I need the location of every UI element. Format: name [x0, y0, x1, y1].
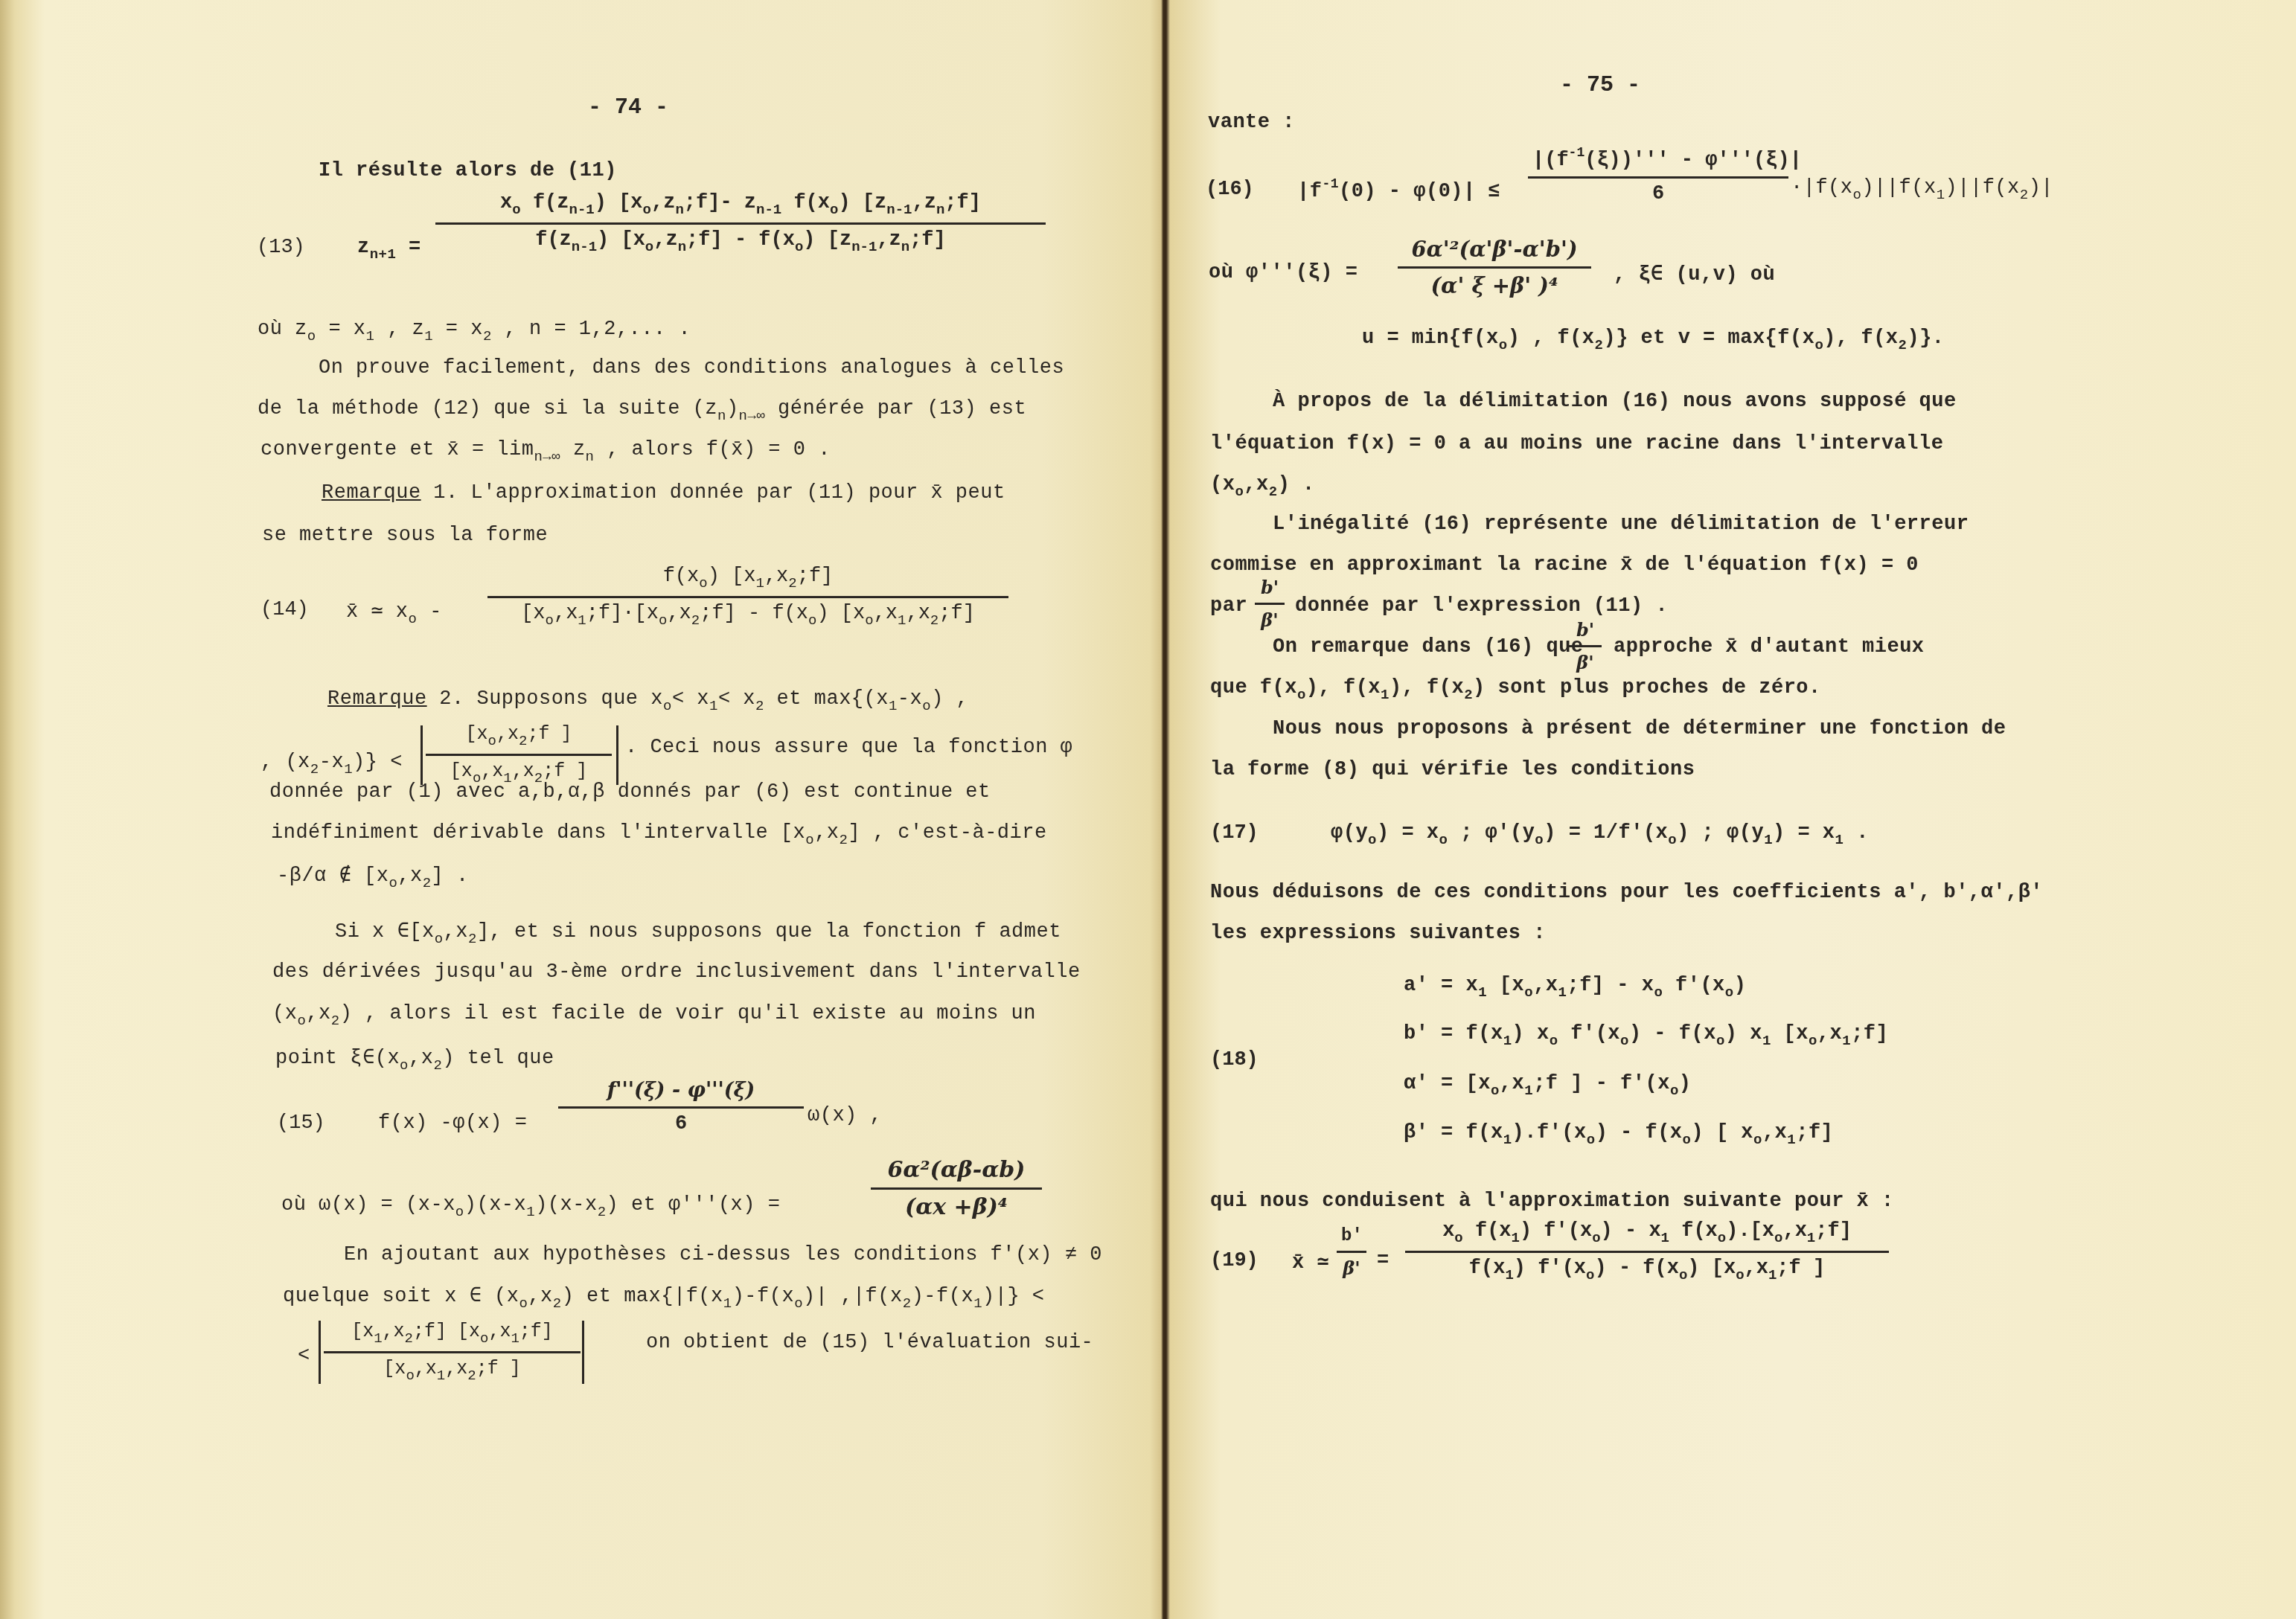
- equation-number: (15): [277, 1112, 325, 1135]
- equation-15-fraction: f'''(ξ) - φ'''(ξ) 6: [558, 1079, 804, 1135]
- equation-number: (18): [1210, 1049, 1259, 1071]
- equation-lhs: x̄ ≃: [1292, 1250, 1329, 1275]
- phi-prime-fraction: 6α'²(α'β'-α'b') (α' ξ +β' )⁴: [1398, 237, 1591, 298]
- equation-number: (13): [257, 237, 305, 259]
- paragraph-line: u = min{f(xo) , f(x2)} et v = max{f(xo),…: [1362, 327, 1945, 353]
- remark-label: Remarque: [322, 482, 421, 504]
- paragraph-line: (xo,x2) , alors il est facile de voir qu…: [272, 1003, 1036, 1029]
- paragraph-line: où ω(x) = (x-xo)(x-x1)(x-x2) et φ'''(x) …: [281, 1194, 780, 1220]
- paragraph-line: convergente et x̄ = limn→∞ zn , alors f(…: [260, 439, 831, 465]
- remark-label: Remarque: [327, 688, 427, 711]
- equation-18-a: a' = x1 [xo,x1;f] - xo f'(xo): [1404, 975, 1746, 1001]
- fraction-denominator: 6: [558, 1109, 804, 1135]
- paragraph-line: qui nous conduisent à l'approximation su…: [1210, 1190, 1894, 1213]
- fraction-numerator: f(xo) [x1,x2;f]: [487, 565, 1008, 598]
- equation-19-fraction: xo f(x1) f'(xo) - x1 f(xo).[xo,x1;f] f(x…: [1405, 1220, 1889, 1283]
- paragraph-line: où zo = x1 , z1 = x2 , n = 1,2,... .: [258, 318, 691, 344]
- equals-sign: =: [1377, 1250, 1390, 1272]
- fraction-numerator: [x1,x2;f] [xo,x1;f]: [324, 1321, 581, 1353]
- fraction-numerator: b': [1569, 619, 1602, 647]
- remark-text: 2. Supposons que xo< x1< x2 et max{(x1-x…: [439, 688, 968, 711]
- ratio-fraction: [x1,x2;f] [xo,x1;f] [xo,x1,x2;f ]: [324, 1321, 581, 1384]
- paragraph-line: En ajoutant aux hypothèses ci-dessus les…: [344, 1244, 1102, 1266]
- fraction-denominator: (α' ξ +β' )⁴: [1398, 269, 1591, 298]
- fraction-numerator: b': [1255, 577, 1285, 605]
- b-over-beta-fraction: b' β': [1255, 577, 1285, 631]
- paragraph-line: À propos de la délimitation (16) nous av…: [1273, 391, 1957, 413]
- less-than: <: [298, 1345, 310, 1368]
- paragraph-line: -β/α ∉ [xo,x2] .: [277, 863, 469, 891]
- right-page: - 75 - vante : (16) |f-1(0) - φ(0)| ≤ |(…: [1167, 0, 2296, 1619]
- paragraph-line: l'équation f(x) = 0 a au moins une racin…: [1210, 433, 1943, 455]
- equation-14-fraction: f(xo) [x1,x2;f] [xo,x1;f]·[xo,x2;f] - f(…: [487, 565, 1008, 629]
- b-over-beta-fraction: b' β': [1337, 1226, 1366, 1279]
- paragraph-line: où φ'''(ξ) =: [1209, 262, 1358, 284]
- equation-lhs: zn+1 =: [357, 237, 421, 263]
- paragraph-line: vante :: [1208, 112, 1295, 134]
- paragraph-line: que f(xo), f(x1), f(x2) sont plus proche…: [1210, 677, 1821, 703]
- abs-bar: [616, 725, 618, 785]
- fraction-denominator: [xo,x1,x2;f ]: [324, 1353, 581, 1384]
- remark-line: Remarque 1. L'approximation donnée par (…: [322, 482, 1005, 504]
- paragraph-line: On prouve facilement, dans des condition…: [319, 357, 1064, 379]
- equation-lhs: x̄ ≃ xo -: [346, 599, 442, 627]
- paragraph-line: On remarque dans (16) que: [1273, 636, 1584, 658]
- fraction-denominator: [xo,x1;f]·[xo,x2;f] - f(xo) [xo,x1,x2;f]: [487, 598, 1008, 629]
- paragraph-line: (xo,x2) .: [1210, 474, 1315, 500]
- equation-number: (16): [1206, 179, 1254, 201]
- fraction-denominator: 6: [1528, 179, 1788, 205]
- equation-17: φ(yo) = xo ; φ'(yo) = 1/f'(xo) ; φ(y1) =…: [1331, 822, 1869, 848]
- paragraph-line: de la méthode (12) que si la suite (zn)n…: [258, 398, 1026, 424]
- equation-number: (14): [260, 599, 309, 621]
- equation-rhs: ·|f(xo)||f(x1)||f(x2)|: [1791, 177, 2053, 203]
- paragraph-line: quelque soit x ∈ (xo,x2) et max{|f(x1)-f…: [283, 1283, 1045, 1312]
- equation-rhs: ω(x) ,: [808, 1105, 882, 1127]
- paragraph-line: donnée par l'expression (11) .: [1295, 595, 1668, 618]
- paragraph-line: par: [1210, 595, 1247, 618]
- remark-line: Remarque 2. Supposons que xo< x1< x2 et …: [327, 688, 968, 714]
- equation-lhs: |f-1(0) - φ(0)| ≤: [1297, 177, 1500, 203]
- fraction-denominator: β': [1569, 647, 1602, 673]
- paragraph-line: , (x2-x1)} <: [260, 751, 403, 778]
- paragraph-line: . Ceci nous assure que la fonction φ: [625, 737, 1072, 759]
- abs-bar: [319, 1321, 321, 1384]
- fraction-denominator: f(zn-1) [xo,zn;f] - f(xo) [zn-1,zn;f]: [435, 225, 1046, 255]
- paragraph-line: L'inégalité (16) représente une délimita…: [1273, 513, 1969, 536]
- fraction-numerator: 6α'²(α'β'-α'b'): [1398, 237, 1591, 269]
- fraction-numerator: 6α²(αβ-αb): [871, 1157, 1042, 1190]
- fraction-denominator: β': [1255, 605, 1285, 631]
- fraction-numerator: b': [1337, 1226, 1366, 1253]
- equation-16-fraction: |(f-1(ξ))''' - φ'''(ξ)| 6: [1528, 146, 1788, 205]
- paragraph-line: Nous déduisons de ces conditions pour le…: [1210, 882, 2043, 904]
- paragraph-line: approche x̄ d'autant mieux: [1614, 636, 1925, 658]
- paragraph-line: les expressions suivantes :: [1210, 923, 1546, 945]
- paragraph-line: on obtient de (15) l'évaluation sui-: [646, 1332, 1093, 1354]
- paragraph-line: indéfiniment dérivable dans l'intervalle…: [271, 822, 1047, 848]
- equation-number: (17): [1210, 822, 1259, 844]
- ratio-fraction: [xo,x2;f ] [xo,x1,x2;f ]: [426, 723, 612, 786]
- paragraph-line: Il résulte alors de (11): [319, 160, 617, 182]
- paragraph-line: des dérivées jusqu'au 3-ème ordre inclus…: [272, 961, 1081, 984]
- equation-18-c: α' = [xo,x1;f ] - f'(xo): [1404, 1073, 1691, 1099]
- paragraph-line: Si x ∈[xo,x2], et si nous supposons que …: [335, 919, 1061, 947]
- fraction-denominator: (αx +β)⁴: [871, 1190, 1042, 1220]
- paragraph-line: , ξ∈ (u,v) où: [1614, 262, 1775, 286]
- fraction-numerator: |(f-1(ξ))''' - φ'''(ξ)|: [1528, 146, 1788, 179]
- book-spread: - 74 - Il résulte alors de (11) (13) zn+…: [0, 0, 2296, 1619]
- remark-text: 1. L'approximation donnée par (11) pour …: [433, 482, 1005, 504]
- fraction-numerator: f'''(ξ) - φ'''(ξ): [558, 1079, 804, 1109]
- paragraph-line: point ξ∈(xo,x2) tel que: [275, 1045, 554, 1074]
- b-over-beta-fraction: b' β': [1569, 619, 1602, 673]
- fraction-denominator: f(x1) f'(xo) - f(xo) [xo,x1;f ]: [1405, 1253, 1889, 1283]
- abs-bar: [582, 1321, 584, 1384]
- equation-lhs: f(x) -φ(x) =: [378, 1112, 527, 1135]
- abs-bar: [420, 725, 423, 785]
- page-number: - 74 -: [588, 95, 668, 121]
- fraction-numerator: xo f(zn-1) [xo,zn;f]- zn-1 f(xo) [zn-1,z…: [435, 192, 1046, 225]
- equation-number: (19): [1210, 1250, 1259, 1272]
- fraction-numerator: xo f(x1) f'(xo) - x1 f(xo).[xo,x1;f]: [1405, 1220, 1889, 1253]
- left-page: - 74 - Il résulte alors de (11) (13) zn+…: [0, 0, 1163, 1619]
- equation-18-b: b' = f(x1) xo f'(xo) - f(xo) x1 [xo,x1;f…: [1404, 1023, 1888, 1049]
- paragraph-line: se mettre sous la forme: [262, 525, 548, 547]
- page-number: - 75 -: [1560, 73, 1640, 98]
- paragraph-line: donnée par (1) avec a,b,α,β donnés par (…: [269, 781, 991, 804]
- paragraph-line: Nous nous proposons à présent de détermi…: [1273, 718, 2006, 740]
- paragraph-line: commise en approximant la racine x̄ de l…: [1210, 554, 1919, 577]
- fraction-denominator: β': [1337, 1253, 1366, 1279]
- equation-13-fraction: xo f(zn-1) [xo,zn;f]- zn-1 f(xo) [zn-1,z…: [435, 192, 1046, 255]
- phi-triple-prime-fraction: 6α²(αβ-αb) (αx +β)⁴: [871, 1157, 1042, 1220]
- paragraph-line: la forme (8) qui vérifie les conditions: [1210, 759, 1695, 781]
- equation-18-d: β' = f(x1).f'(xo) - f(xo) [ xo,x1;f]: [1404, 1122, 1833, 1148]
- fraction-numerator: [xo,x2;f ]: [426, 723, 612, 756]
